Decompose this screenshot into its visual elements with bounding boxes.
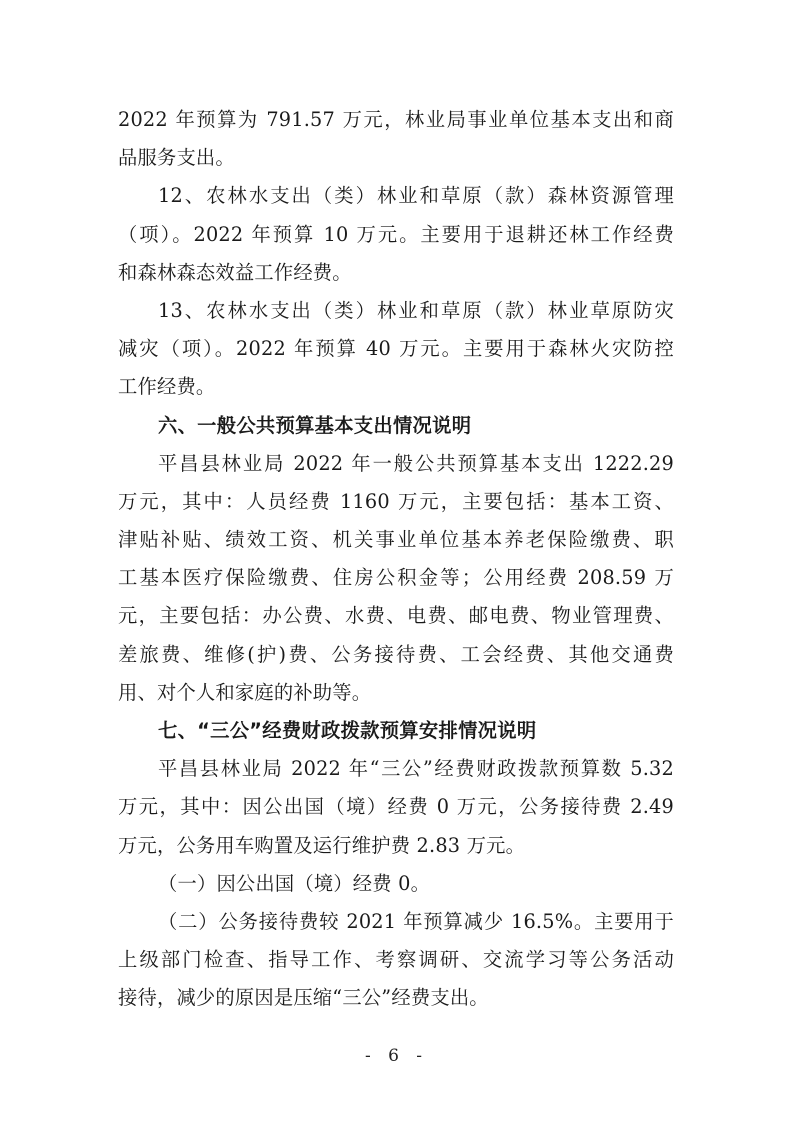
text-line: 和森林森态效益工作经费。 bbox=[118, 254, 674, 292]
paragraph-three-public-expenses: 平昌县林业局 2022 年“三公”经费财政拨款预算数 5.32 万元，其中：因公… bbox=[118, 750, 674, 865]
text-line: 工作经费。 bbox=[118, 368, 674, 406]
page-number: - 6 - bbox=[0, 1046, 793, 1066]
heading-text: 六、一般公共预算基本支出情况说明 bbox=[118, 407, 674, 445]
paragraph-item12: 12、农林水支出（类）林业和草原（款）森林资源管理 （项）。2022 年预算 1… bbox=[118, 177, 674, 292]
paragraph-item13: 13、农林水支出（类）林业和草原（款）林业草原防灾 减灾（项）。2022 年预算… bbox=[118, 292, 674, 407]
text-line: 品服务支出。 bbox=[118, 139, 674, 177]
text-line: 万元，公务用车购置及运行维护费 2.83 万元。 bbox=[118, 827, 674, 865]
text-line: 津贴补贴、绩效工资、机关事业单位基本养老保险缴费、职 bbox=[118, 521, 674, 559]
text-line: 万元，其中：因公出国（境）经费 0 万元，公务接待费 2.49 bbox=[118, 788, 674, 826]
paragraph-basic-expenditure: 平昌县林业局 2022 年一般公共预算基本支出 1222.29 万元，其中：人员… bbox=[118, 445, 674, 712]
text-line: 平昌县林业局 2022 年一般公共预算基本支出 1222.29 bbox=[118, 445, 674, 483]
text-line: （项）。2022 年预算 10 万元。主要用于退耕还林工作经费 bbox=[118, 216, 674, 254]
heading-text: 七、“三公”经费财政拨款预算安排情况说明 bbox=[118, 712, 674, 750]
text-line: 12、农林水支出（类）林业和草原（款）森林资源管理 bbox=[118, 177, 674, 215]
section-heading-7: 七、“三公”经费财政拨款预算安排情况说明 bbox=[118, 712, 674, 750]
paragraph-item11-continuation: 2022 年预算为 791.57 万元，林业局事业单位基本支出和商 品服务支出。 bbox=[118, 101, 674, 177]
section-heading-6: 六、一般公共预算基本支出情况说明 bbox=[118, 407, 674, 445]
text-line: 13、农林水支出（类）林业和草原（款）林业草原防灾 bbox=[118, 292, 674, 330]
text-line: 万元，其中：人员经费 1160 万元，主要包括：基本工资、 bbox=[118, 483, 674, 521]
text-line: 用、对个人和家庭的补助等。 bbox=[118, 674, 674, 712]
paragraph-sub-item-2: （二）公务接待费较 2021 年预算减少 16.5%。主要用于 上级部门检查、指… bbox=[118, 903, 674, 1018]
document-page: 2022 年预算为 791.57 万元，林业局事业单位基本支出和商 品服务支出。… bbox=[118, 101, 674, 1018]
text-line: 工基本医疗保险缴费、住房公积金等；公用经费 208.59 万 bbox=[118, 559, 674, 597]
text-line: 减灾（项）。2022 年预算 40 万元。主要用于森林火灾防控 bbox=[118, 330, 674, 368]
text-line: （二）公务接待费较 2021 年预算减少 16.5%。主要用于 bbox=[118, 903, 674, 941]
text-line: 平昌县林业局 2022 年“三公”经费财政拨款预算数 5.32 bbox=[118, 750, 674, 788]
paragraph-sub-item-1: （一）因公出国（境）经费 0。 bbox=[118, 865, 674, 903]
text-line: （一）因公出国（境）经费 0。 bbox=[118, 865, 674, 903]
text-line: 接待，减少的原因是压缩“三公”经费支出。 bbox=[118, 979, 674, 1017]
text-line: 2022 年预算为 791.57 万元，林业局事业单位基本支出和商 bbox=[118, 101, 674, 139]
text-line: 差旅费、维修(护)费、公务接待费、工会经费、其他交通费 bbox=[118, 636, 674, 674]
text-line: 上级部门检查、指导工作、考察调研、交流学习等公务活动 bbox=[118, 941, 674, 979]
text-line: 元，主要包括：办公费、水费、电费、邮电费、物业管理费、 bbox=[118, 597, 674, 635]
